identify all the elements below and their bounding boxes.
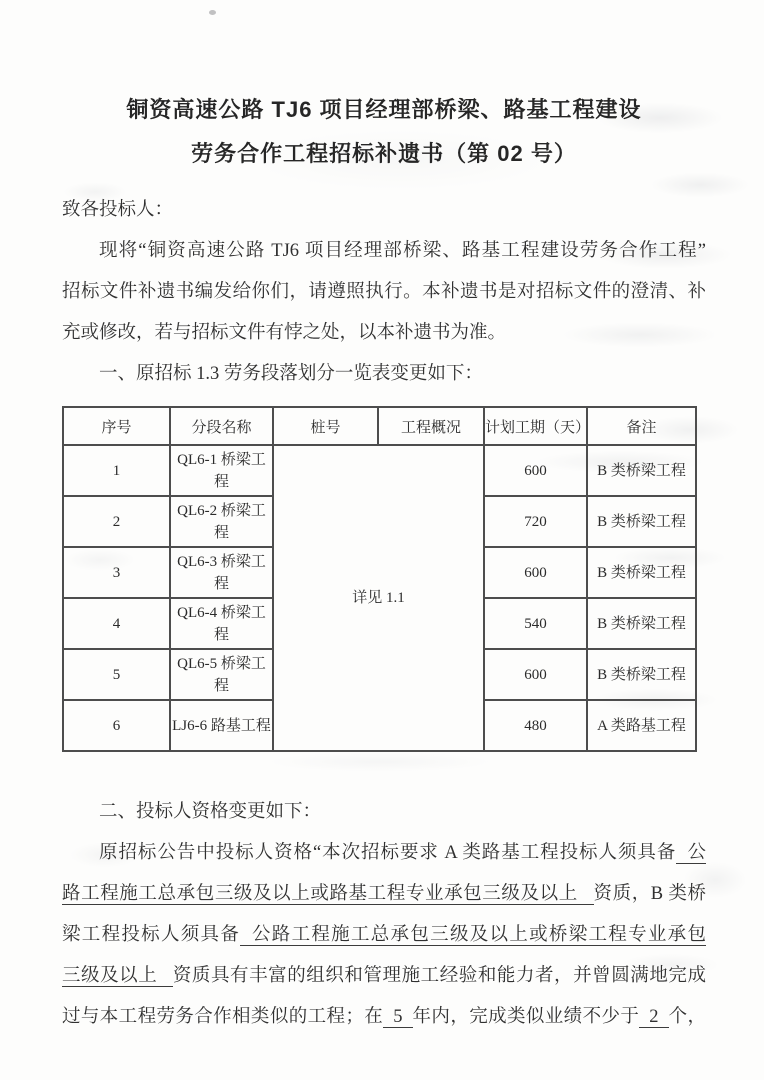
cell-duration: 480 — [484, 700, 587, 751]
col-header-remark: 备注 — [587, 407, 696, 445]
underlined-segment: 2 — [639, 1007, 668, 1028]
col-header-segment-name: 分段名称 — [170, 407, 273, 445]
underlined-segment: 5 — [383, 1007, 412, 1028]
cell-remark: B 类桥梁工程 — [587, 445, 696, 496]
cell-seq: 5 — [63, 649, 170, 700]
cell-merged-see-reference: 详见 1.1 — [273, 445, 484, 751]
qualification-line4: 三级及以上 资质具有丰富的组织和管理施工经验和能力者，并曾圆满地完成 — [62, 956, 706, 997]
section2-heading: 二、投标人资格变更如下： — [62, 792, 706, 833]
cell-remark: B 类桥梁工程 — [587, 547, 696, 598]
qualification-line1: 原招标公告中投标人资格“本次招标要求 A 类路基工程投标人须具备 公 — [62, 833, 706, 874]
intro-paragraph-line1: 现将“铜资高速公路 TJ6 项目经理部桥梁、路基工程建设劳务合作工程” — [62, 231, 706, 272]
text-segment: 原招标公告中投标人资格“本次招标要求 A 类路基工程投标人须具备 — [99, 843, 676, 863]
cell-segment-name: LJ6-6 路基工程 — [170, 700, 273, 751]
intro-paragraph-line2: 招标文件补遗书编发给你们，请遵照执行。本补遗书是对招标文件的澄清、补 — [62, 272, 706, 313]
cell-segment-name: QL6-1 桥梁工程 — [170, 445, 273, 496]
col-header-duration: 计划工期（天） — [484, 407, 587, 445]
text-segment: 过与本工程劳务合作相类似的工程；在 — [62, 1007, 383, 1027]
col-header-station: 桩号 — [273, 407, 378, 445]
qualification-line3: 梁工程投标人须具备 公路工程施工总承包三级及以上或桥梁工程专业承包 — [62, 915, 706, 956]
cell-remark: B 类桥梁工程 — [587, 649, 696, 700]
cell-segment-name: QL6-4 桥梁工程 — [170, 598, 273, 649]
col-header-seq: 序号 — [63, 407, 170, 445]
cell-seq: 3 — [63, 547, 170, 598]
underlined-segment: 三级及以上 — [62, 966, 173, 987]
cell-segment-name: QL6-2 桥梁工程 — [170, 496, 273, 547]
labor-segment-table: 序号 分段名称 桩号 工程概况 计划工期（天） 备注 1 QL6-1 桥梁工程 … — [62, 406, 697, 752]
cell-duration: 600 — [484, 445, 587, 496]
cell-duration: 540 — [484, 598, 587, 649]
table-row: 1 QL6-1 桥梁工程 详见 1.1 600 B 类桥梁工程 — [63, 445, 696, 496]
cell-seq: 6 — [63, 700, 170, 751]
qualification-line5: 过与本工程劳务合作相类似的工程；在 5 年内，完成类似业绩不少于 2 个， — [62, 997, 706, 1038]
text-segment: 年内，完成类似业绩不少于 — [413, 1007, 640, 1027]
text-segment: 资质具有丰富的组织和管理施工经验和能力者，并曾圆满地完成 — [173, 966, 706, 986]
document-page: 铜资高速公路 TJ6 项目经理部桥梁、路基工程建设 劳务合作工程招标补遗书（第 … — [0, 0, 764, 1080]
underlined-segment: 路工程施工总承包三级及以上或路基工程专业承包三级及以上 — [62, 884, 594, 905]
document-title-line2: 劳务合作工程招标补遗书（第 02 号） — [62, 132, 706, 176]
cell-segment-name: QL6-5 桥梁工程 — [170, 649, 273, 700]
cell-remark: A 类路基工程 — [587, 700, 696, 751]
intro-paragraph-line3: 充或修改，若与招标文件有悖之处，以本补遗书为准。 — [62, 313, 706, 354]
section1-heading: 一、原招标 1.3 劳务段落划分一览表变更如下： — [62, 354, 706, 395]
underlined-segment: 公路工程施工总承包三级及以上或桥梁工程专业承包 — [240, 925, 706, 946]
document-content: 铜资高速公路 TJ6 项目经理部桥梁、路基工程建设 劳务合作工程招标补遗书（第 … — [62, 0, 706, 1038]
text-segment: 资质，B 类桥 — [594, 884, 707, 904]
cell-seq: 1 — [63, 445, 170, 496]
document-title-line1: 铜资高速公路 TJ6 项目经理部桥梁、路基工程建设 — [62, 88, 706, 132]
cell-duration: 600 — [484, 649, 587, 700]
cell-remark: B 类桥梁工程 — [587, 598, 696, 649]
salutation: 致各投标人： — [62, 190, 706, 231]
underlined-segment: 公 — [676, 843, 706, 864]
cell-seq: 2 — [63, 496, 170, 547]
document-title: 铜资高速公路 TJ6 项目经理部桥梁、路基工程建设 劳务合作工程招标补遗书（第 … — [62, 88, 706, 176]
cell-remark: B 类桥梁工程 — [587, 496, 696, 547]
text-segment: 梁工程投标人须具备 — [62, 925, 240, 945]
cell-seq: 4 — [63, 598, 170, 649]
table-header-row: 序号 分段名称 桩号 工程概况 计划工期（天） 备注 — [63, 407, 696, 445]
cell-segment-name: QL6-3 桥梁工程 — [170, 547, 273, 598]
col-header-overview: 工程概况 — [378, 407, 484, 445]
cell-duration: 720 — [484, 496, 587, 547]
text-segment: 个， — [669, 1007, 706, 1027]
qualification-line2: 路工程施工总承包三级及以上或路基工程专业承包三级及以上 资质，B 类桥 — [62, 874, 706, 915]
qualification-paragraph: 原招标公告中投标人资格“本次招标要求 A 类路基工程投标人须具备 公 路工程施工… — [62, 833, 706, 1038]
cell-duration: 600 — [484, 547, 587, 598]
intro-paragraph: 现将“铜资高速公路 TJ6 项目经理部桥梁、路基工程建设劳务合作工程” 招标文件… — [62, 231, 706, 354]
